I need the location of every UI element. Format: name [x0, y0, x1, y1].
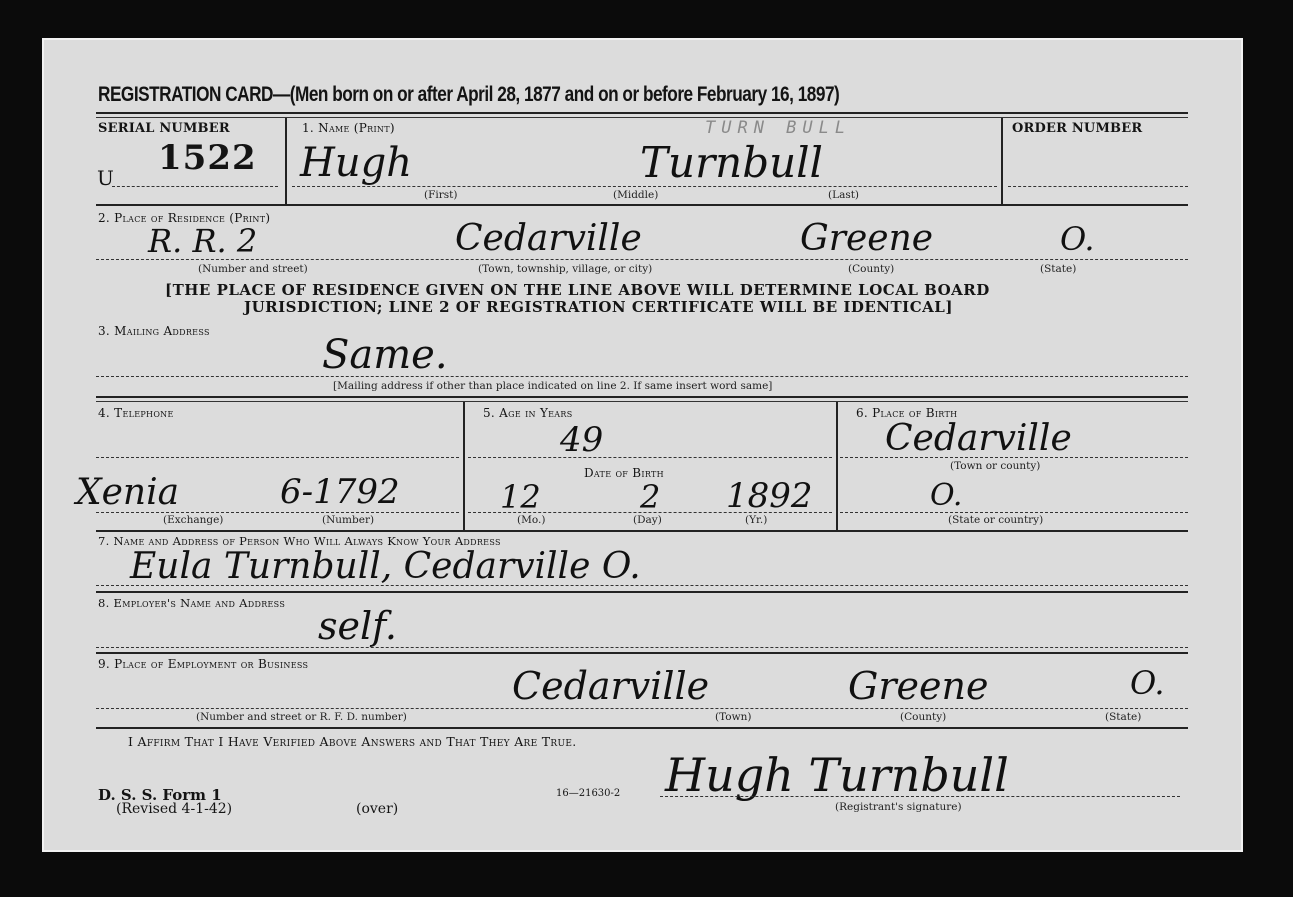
employment-state: O. [1130, 664, 1165, 702]
first-name-value: Hugh [300, 140, 412, 186]
last-caption: (Last) [828, 189, 859, 201]
dob-day: 2 [640, 478, 660, 516]
mailing-caption: [Mailing address if other than place ind… [333, 380, 772, 392]
residence-line [96, 259, 1188, 260]
state-caption: (State) [1040, 263, 1076, 275]
telephone-exchange: Xenia [76, 472, 179, 513]
residence-state: O. [1060, 220, 1095, 258]
divider [96, 117, 1188, 118]
employment-label: 9. Place of Employment or Business [98, 657, 308, 671]
employment-county: Greene [848, 664, 988, 708]
signature-line [660, 796, 1180, 797]
serial-line [112, 186, 278, 187]
employer-value: self. [318, 604, 397, 648]
month-caption: (Mo.) [517, 514, 545, 526]
day-caption: (Day) [633, 514, 662, 526]
signature-caption: (Registrant's signature) [835, 801, 962, 813]
town-caption: (Town, township, village, or city) [478, 263, 652, 275]
name-stamp: TURN BULL [705, 118, 851, 138]
last-name-value: Turnbull [640, 138, 823, 187]
birthplace-town: Cedarville [885, 418, 1072, 459]
telephone-label: 4. Telephone [98, 406, 174, 420]
divider [285, 118, 287, 204]
jurisdiction-notice-line-1: [THE PLACE OF RESIDENCE GIVEN ON THE LIN… [165, 282, 990, 299]
telephone-line-upper [96, 457, 459, 458]
name-label: 1. Name (Print) [302, 121, 395, 135]
employment-town: Cedarville [512, 664, 709, 708]
employment-line [96, 708, 1188, 709]
age-line [468, 457, 832, 458]
employer-label: 8. Employer's Name and Address [98, 596, 285, 610]
form-revised: (Revised 4-1-42) [116, 801, 232, 817]
divider [96, 204, 1188, 206]
age-value: 49 [560, 420, 603, 460]
employment-county-caption: (County) [900, 711, 946, 723]
county-caption: (County) [848, 263, 894, 275]
over-indicator: (over) [356, 801, 398, 817]
birthplace-state-line [840, 512, 1188, 513]
dob-year: 1892 [726, 476, 813, 516]
dob-month: 12 [500, 478, 541, 516]
registrant-signature: Hugh Turnbull [665, 748, 1009, 802]
residence-street: R. R. 2 [148, 222, 257, 260]
employment-street-caption: (Number and street or R. F. D. number) [196, 711, 407, 723]
number-caption: (Number) [322, 514, 374, 526]
serial-number-label: SERIAL NUMBER [98, 121, 230, 136]
exchange-caption: (Exchange) [163, 514, 223, 526]
mailing-line [96, 376, 1188, 377]
divider [463, 402, 465, 530]
affirmation-text: I Affirm That I Have Verified Above Answ… [128, 734, 576, 749]
contact-value: Eula Turnbull, Cedarville O. [130, 546, 641, 587]
telephone-number: 6-1792 [280, 472, 400, 512]
divider [96, 396, 1188, 398]
divider [836, 402, 838, 530]
employer-line [96, 647, 1188, 648]
middle-caption: (Middle) [613, 189, 658, 201]
divider [96, 652, 1188, 654]
jurisdiction-notice-line-2: JURISDICTION; LINE 2 OF REGISTRATION CER… [244, 299, 953, 316]
divider [1001, 118, 1003, 204]
residence-county: Greene [800, 218, 933, 259]
order-number-label: ORDER NUMBER [1012, 121, 1142, 136]
birthplace-state: O. [930, 478, 962, 513]
dob-line [468, 512, 832, 513]
birthplace-town-line [840, 457, 1188, 458]
telephone-line [96, 512, 459, 513]
divider [96, 401, 1188, 402]
name-line [292, 186, 997, 187]
card-title: REGISTRATION CARD—(Men born on or after … [98, 83, 839, 107]
first-caption: (First) [424, 189, 457, 201]
street-caption: (Number and street) [198, 263, 308, 275]
year-caption: (Yr.) [745, 514, 767, 526]
serial-number-value: 1522 [158, 138, 257, 178]
divider [96, 727, 1188, 729]
print-code: 16—21630-2 [556, 788, 620, 799]
residence-town: Cedarville [455, 218, 642, 259]
birthplace-state-caption: (State or country) [948, 514, 1043, 526]
contact-line [96, 585, 1188, 586]
birthplace-town-caption: (Town or county) [950, 460, 1040, 472]
employment-state-caption: (State) [1105, 711, 1141, 723]
divider [96, 591, 1188, 593]
age-label: 5. Age in Years [483, 406, 573, 420]
employment-town-caption: (Town) [715, 711, 751, 723]
divider [96, 112, 1188, 114]
divider [96, 530, 1188, 532]
order-line [1008, 186, 1188, 187]
mailing-value: Same. [322, 332, 448, 378]
mailing-label: 3. Mailing Address [98, 324, 210, 338]
